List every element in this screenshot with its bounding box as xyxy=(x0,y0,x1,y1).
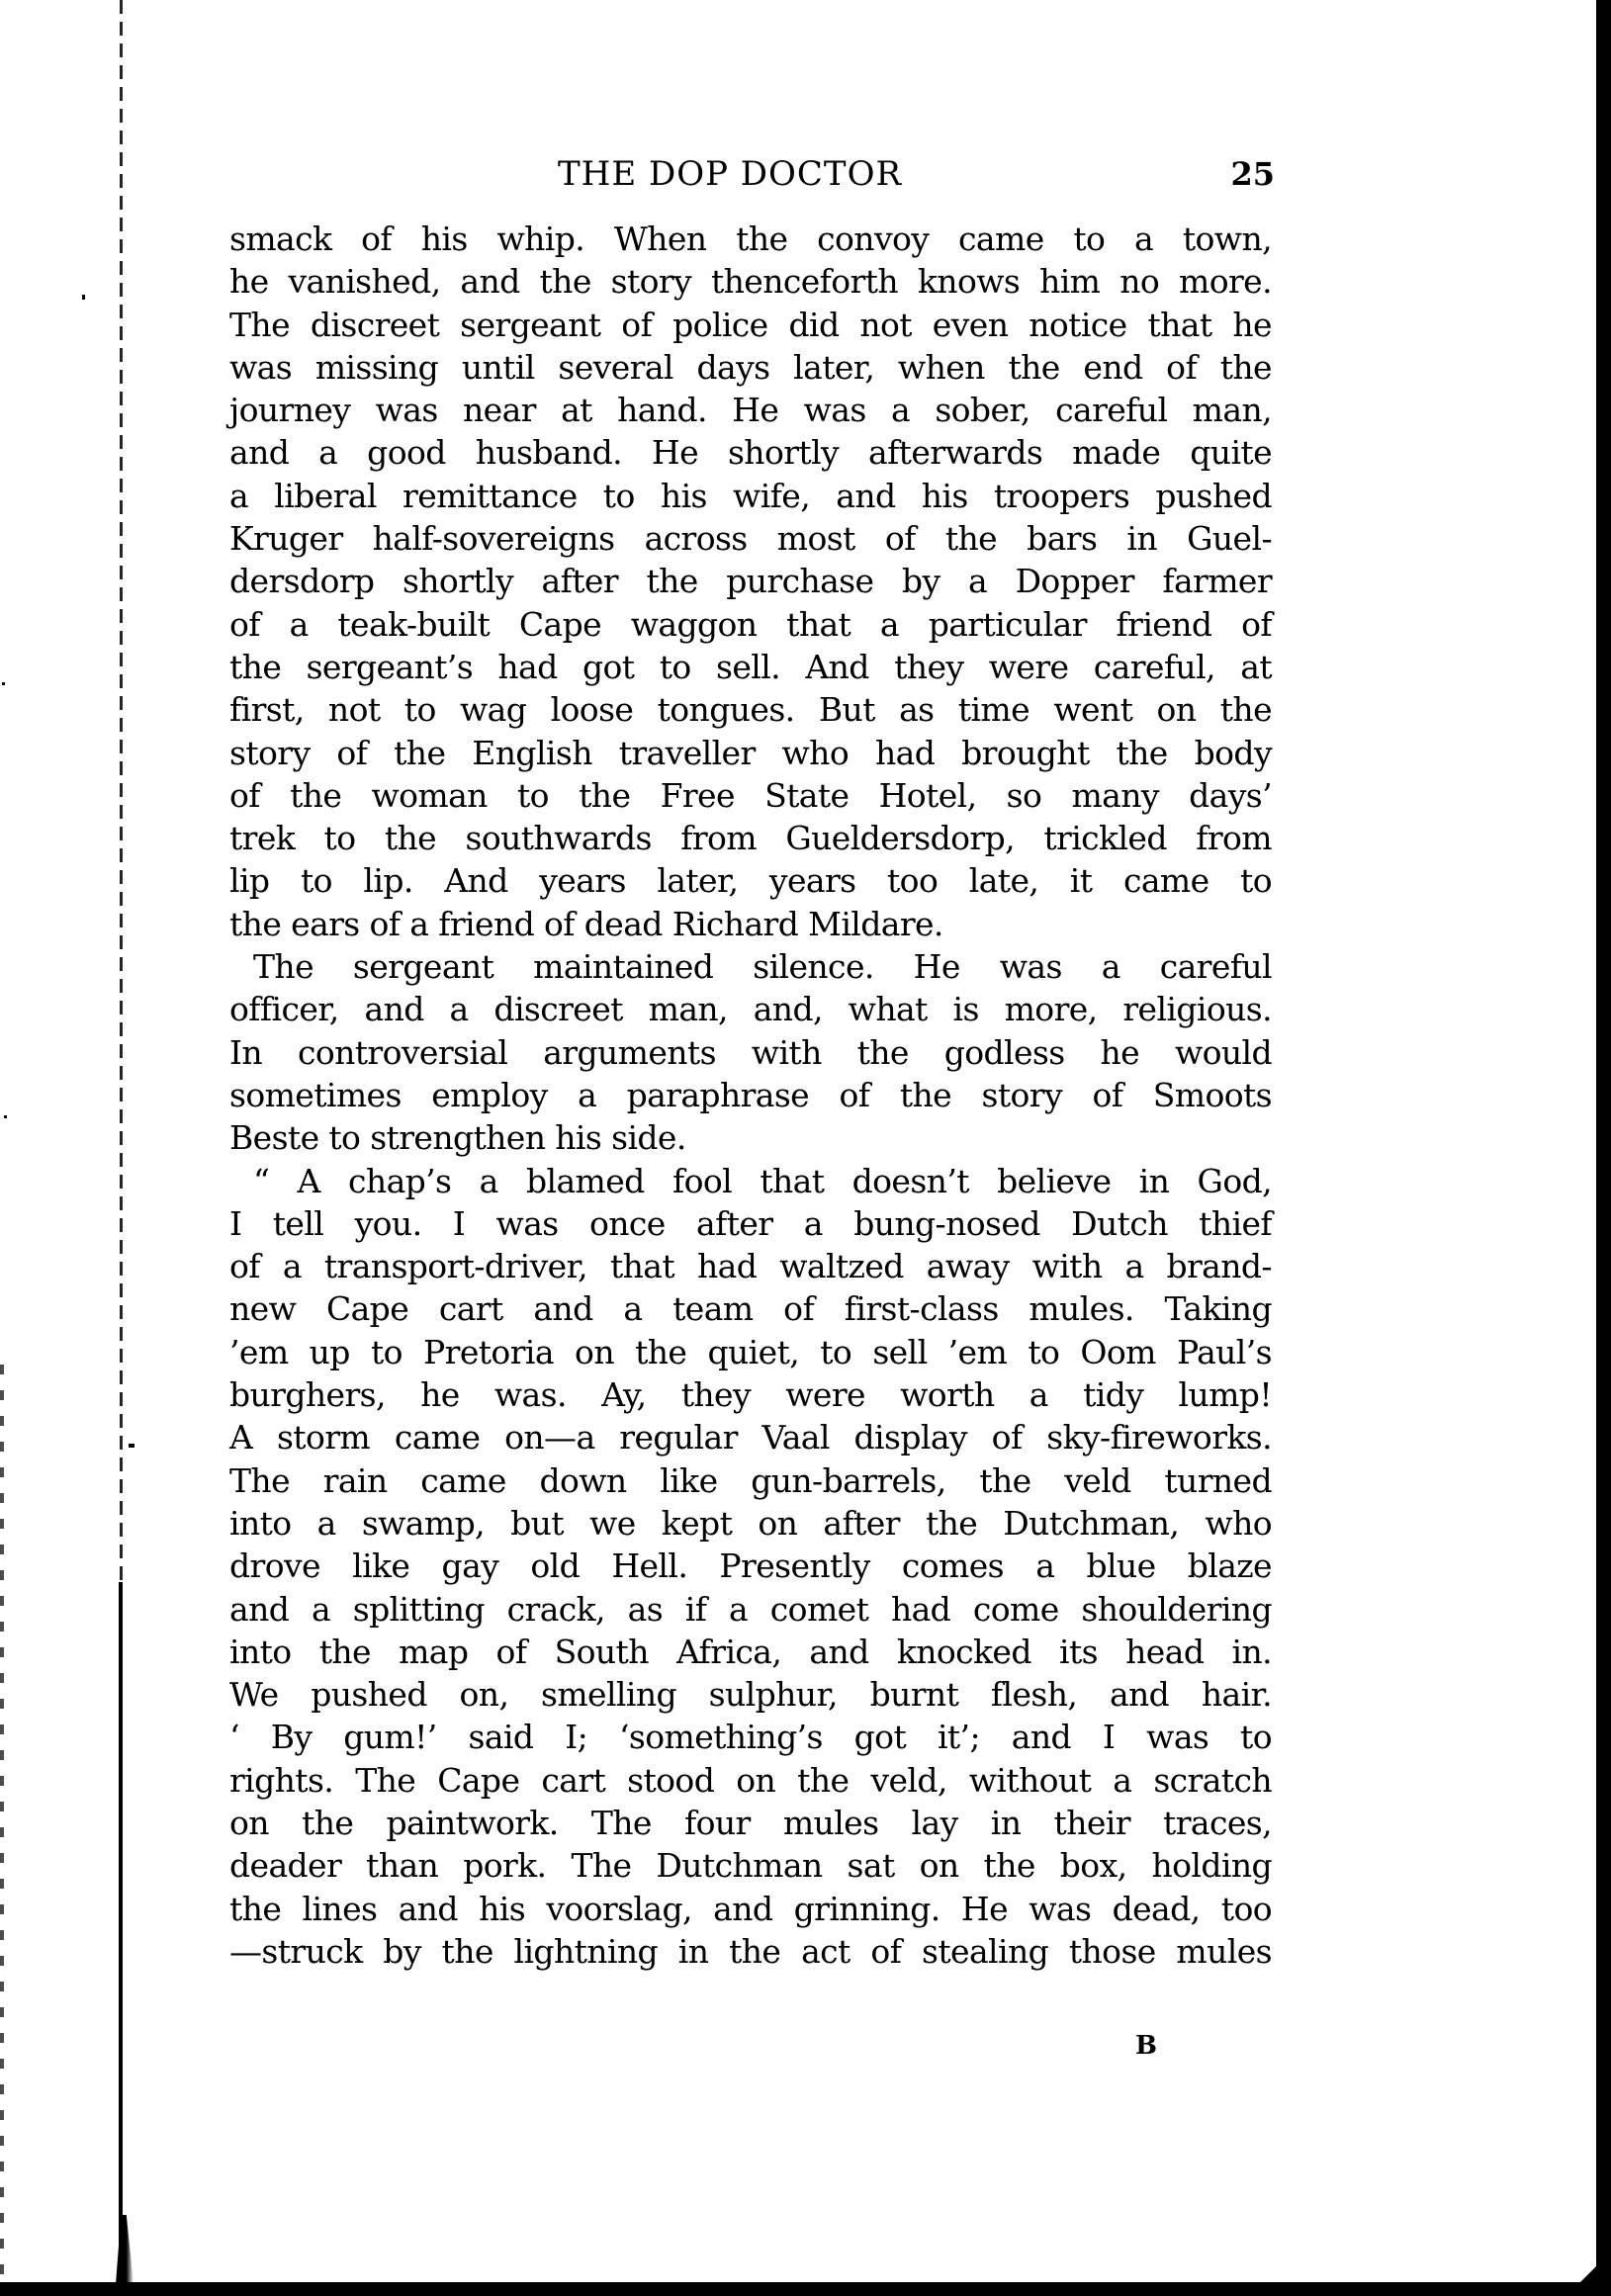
scan-speck xyxy=(82,295,85,300)
text-line: and a good husband. He shortly afterward… xyxy=(229,431,1272,474)
text-line: the ears of a friend of dead Richard Mil… xyxy=(229,903,1272,945)
paragraph: smack of his whip. When the convoy came … xyxy=(229,218,1272,945)
text-line: journey was near at hand. He was a sober… xyxy=(229,389,1272,431)
running-head: THE DOP DOCTOR 25 xyxy=(229,154,1275,194)
scan-border-bottom xyxy=(0,2282,1611,2296)
text-line: In controversial arguments with the godl… xyxy=(229,1031,1272,1074)
text-line: new Cape cart and a team of first-class … xyxy=(229,1287,1272,1330)
text-line: ‘ By gum!’ said I; ‘something’s got it’;… xyxy=(229,1716,1272,1758)
body-text: smack of his whip. When the convoy came … xyxy=(229,218,1272,1973)
page-corner-bottom-right xyxy=(1578,2264,1598,2284)
text-line: on the paintwork. The four mules lay in … xyxy=(229,1802,1272,1844)
text-line: deader than pork. The Dutchman sat on th… xyxy=(229,1844,1272,1887)
text-line: smack of his whip. When the convoy came … xyxy=(229,218,1272,260)
page-number: 25 xyxy=(1230,154,1275,194)
text-line: drove like gay old Hell. Presently comes… xyxy=(229,1545,1272,1587)
scan-speck xyxy=(129,1444,134,1448)
text-line: sometimes employ a paraphrase of the sto… xyxy=(229,1074,1272,1116)
paragraph: The sergeant maintained silence. He was … xyxy=(229,945,1272,1159)
scan-border-far-left xyxy=(0,1365,4,2284)
text-line: story of the English traveller who had b… xyxy=(229,732,1272,774)
running-title: THE DOP DOCTOR xyxy=(558,154,902,194)
text-line: The sergeant maintained silence. He was … xyxy=(229,945,1272,988)
text-line: ’em up to Pretoria on the quiet, to sell… xyxy=(229,1331,1272,1373)
text-line: first, not to wag loose tongues. But as … xyxy=(229,688,1272,731)
text-line: he vanished, and the story thenceforth k… xyxy=(229,260,1272,303)
text-line: The rain came down like gun-barrels, the… xyxy=(229,1459,1272,1502)
text-line: Kruger half-sovereigns across most of th… xyxy=(229,517,1272,560)
scan-speck xyxy=(2,682,5,685)
text-line: “ A chap’s a blamed fool that doesn’t be… xyxy=(229,1160,1272,1202)
text-line: of a teak-built Cape waggon that a parti… xyxy=(229,603,1272,646)
text-line: the sergeant’s had got to sell. And they… xyxy=(229,646,1272,688)
text-line: into the map of South Africa, and knocke… xyxy=(229,1631,1272,1673)
signature-mark: B xyxy=(1135,2031,1157,2061)
scan-speck xyxy=(4,1115,7,1118)
text-line: A storm came on—a regular Vaal display o… xyxy=(229,1416,1272,1458)
text-line: of the woman to the Free State Hotel, so… xyxy=(229,774,1272,817)
scan-border-right xyxy=(1596,0,1611,2296)
text-line: of a transport-driver, that had waltzed … xyxy=(229,1245,1272,1287)
text-line: the lines and his voorslag, and grinning… xyxy=(229,1888,1272,1930)
text-line: rights. The Cape cart stood on the veld,… xyxy=(229,1759,1272,1802)
text-line: burghers, he was. Ay, they were worth a … xyxy=(229,1373,1272,1416)
text-line: lip to lip. And years later, years too l… xyxy=(229,859,1272,902)
text-line: dersdorp shortly after the purchase by a… xyxy=(229,560,1272,602)
text-line: into a swamp, but we kept on after the D… xyxy=(229,1502,1272,1545)
paragraph: “ A chap’s a blamed fool that doesn’t be… xyxy=(229,1160,1272,1974)
text-line: was missing until several days later, wh… xyxy=(229,346,1272,389)
scanned-book-page: THE DOP DOCTOR 25 smack of his whip. Whe… xyxy=(0,0,1611,2296)
text-line: officer, and a discreet man, and, what i… xyxy=(229,988,1272,1030)
text-line: —struck by the lightning in the act of s… xyxy=(229,1930,1272,1973)
text-line: a liberal remittance to his wife, and hi… xyxy=(229,475,1272,517)
text-line: The discreet sergeant of police did not … xyxy=(229,304,1272,346)
page-edge-left-shadow xyxy=(119,1582,123,2284)
text-line: and a splitting crack, as if a comet had… xyxy=(229,1588,1272,1631)
text-line: I tell you. I was once after a bung-nose… xyxy=(229,1202,1272,1245)
text-line: trek to the southwards from Gueldersdorp… xyxy=(229,817,1272,859)
text-line: We pushed on, smelling sulphur, burnt fl… xyxy=(229,1673,1272,1716)
text-line: Beste to strengthen his side. xyxy=(229,1116,1272,1159)
